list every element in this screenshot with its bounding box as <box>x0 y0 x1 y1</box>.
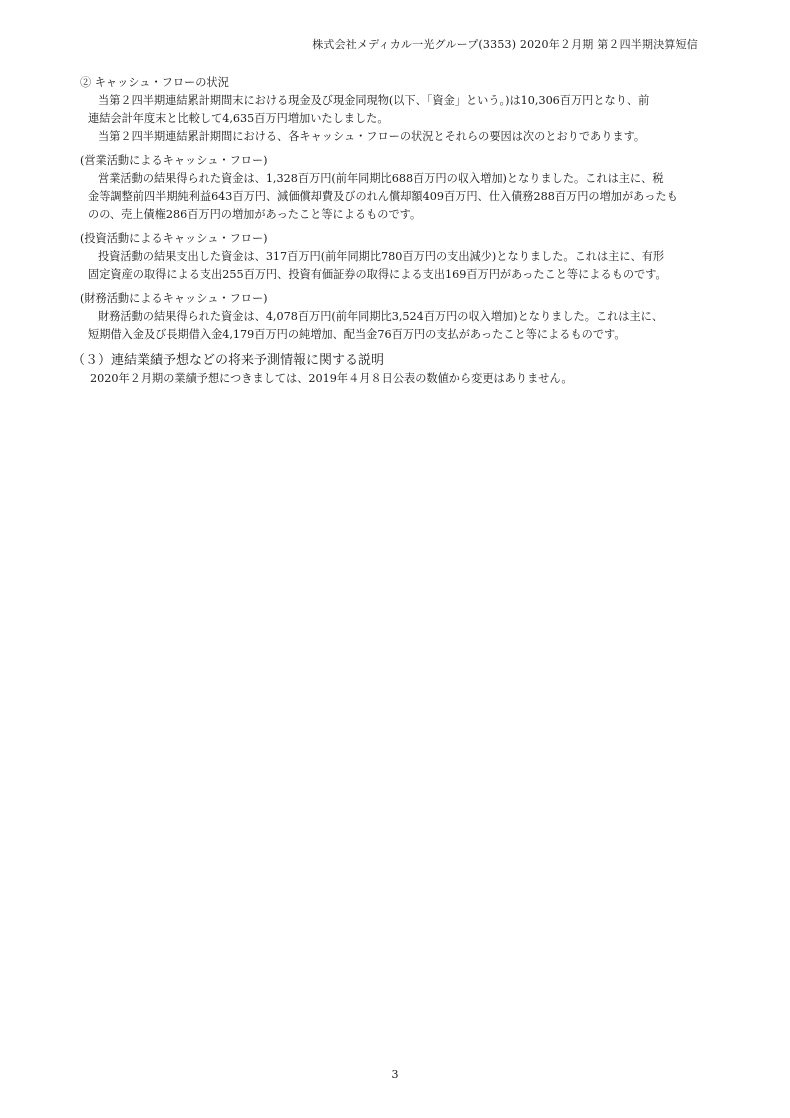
document-header: 株式会社メディカル一光グループ(3353) 2020年２月期 第２四半期決算短信 <box>312 36 698 52</box>
cash-flow-intro-line: 当第２四半期連結累計期間末における現金及び現金同現物(以下、「資金」という。)は… <box>78 92 718 110</box>
operating-cf-title: (営業活動によるキャッシュ・フロー) <box>78 152 718 170</box>
financing-cf-title: (財務活動によるキャッシュ・フロー) <box>78 290 718 308</box>
forecast-line: 2020年２月期の業績予想につきましては、2019年４月８日公表の数値から変更は… <box>78 370 718 388</box>
cash-flow-intro-line: 連結会計年度末と比較して4,635百万円増加いたしました。 <box>78 110 718 128</box>
page-number: 3 <box>0 1068 790 1081</box>
operating-cf-line: 金等調整前四半期純利益643百万円、減価償却費及びのれん償却額409百万円、仕入… <box>78 188 718 206</box>
financing-cf-line: 財務活動の結果得られた資金は、4,078百万円(前年同期比3,524百万円の収入… <box>78 308 718 326</box>
operating-cf-line: のの、売上債権286百万円の増加があったこと等によるものです。 <box>78 206 718 224</box>
investing-cf-line: 固定資産の取得による支出255百万円、投資有価証券の取得による支出169百万円が… <box>78 266 718 284</box>
investing-cf-title: (投資活動によるキャッシュ・フロー) <box>78 230 718 248</box>
cash-flow-section-title: ② キャッシュ・フローの状況 <box>78 74 718 92</box>
investing-cf-line: 投資活動の結果支出した資金は、317百万円(前年同期比780百万円の支出減少)と… <box>78 248 718 266</box>
document-body: ② キャッシュ・フローの状況 当第２四半期連結累計期間末における現金及び現金同現… <box>78 74 718 388</box>
cash-flow-intro-line: 当第２四半期連結累計期間における、各キャッシュ・フローの状況とそれらの要因は次の… <box>78 128 718 146</box>
operating-cf-line: 営業活動の結果得られた資金は、1,328百万円(前年同期比688百万円の収入増加… <box>78 170 718 188</box>
forecast-section-title: （３）連結業績予想などの将来予測情報に関する説明 <box>72 352 718 370</box>
financing-cf-line: 短期借入金及び長期借入金4,179百万円の純増加、配当金76百万円の支払があった… <box>78 326 718 344</box>
